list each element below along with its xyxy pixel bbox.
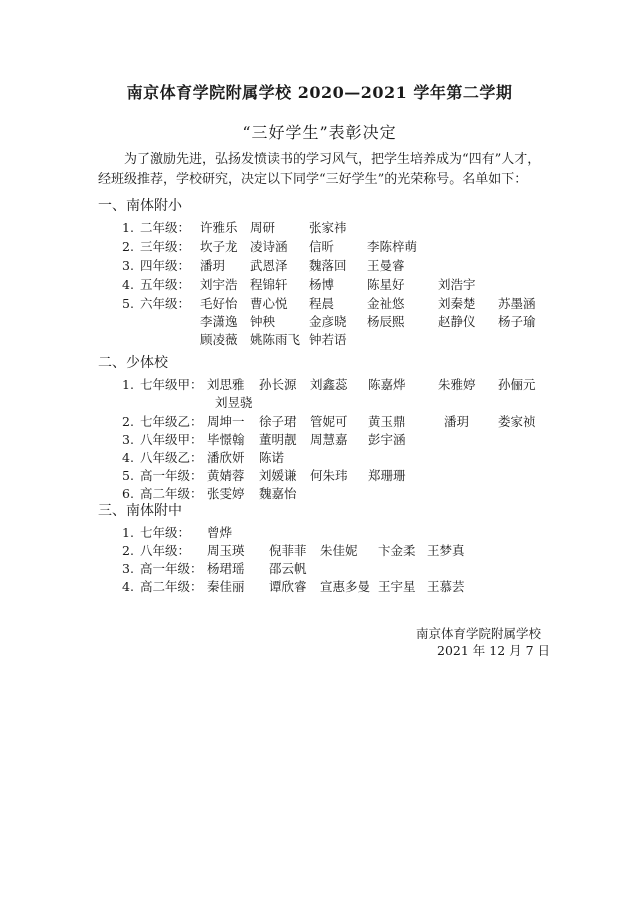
student-name: 姚陈雨飞 [250, 331, 300, 348]
student-name: 毕憬翰 [207, 431, 245, 448]
grade-label: 二年级： [140, 219, 190, 236]
grade-label: 三年级： [140, 238, 190, 255]
row-number: 2. [122, 413, 134, 430]
row-number: 1. [122, 524, 134, 541]
grade-label: 八年级甲： [140, 431, 203, 448]
student-name: 郑珊珊 [368, 467, 406, 484]
student-name: 朱雅婷 [438, 376, 476, 393]
intro-paragraph: 为了激励先进，弘扬发愤读书的学习风气，把学生培养成为“四有”人才， 经班级推荐，… [98, 150, 558, 190]
document-title: 南京体育学院附属学校 2020—2021 学年第二学期 [0, 80, 639, 103]
student-name: 周研 [250, 219, 275, 236]
student-name: 卞金柔 [378, 542, 416, 559]
row-number: 5. [122, 295, 134, 312]
student-name: 王宇星 [378, 578, 416, 595]
student-name: 信昕 [309, 238, 334, 255]
student-name: 顾凌薇 [200, 331, 238, 348]
intro-line-2: 经班级推荐，学校研究，决定以下同学“三好学生”的光荣称号。名单如下： [98, 170, 558, 190]
grade-label: 高一年级： [140, 560, 203, 577]
row-number: 3. [122, 257, 134, 274]
student-name: 李潇逸 [200, 313, 238, 330]
student-name: 张家祎 [309, 219, 347, 236]
student-name: 刘浩宇 [438, 276, 476, 293]
row-number: 3. [122, 560, 134, 577]
student-name: 周坤一 [207, 413, 245, 430]
student-name: 周玉瑛 [207, 542, 245, 559]
document-page: 南京体育学院附属学校 2020—2021 学年第二学期 “三好学生”表彰决定 为… [0, 0, 639, 905]
student-name: 金彦晓 [309, 313, 347, 330]
student-name: 彭宇涵 [368, 431, 406, 448]
document-subtitle: “三好学生”表彰决定 [0, 120, 639, 143]
student-name: 刘昱骁 [215, 394, 253, 411]
student-name: 杨珺瑶 [207, 560, 245, 577]
intro-line-1: 为了激励先进，弘扬发愤读书的学习风气，把学生培养成为“四有”人才， [98, 150, 558, 170]
student-name: 管妮可 [310, 413, 348, 430]
row-number: 1. [122, 219, 134, 236]
signature-org: 南京体育学院附属学校 [416, 624, 541, 642]
student-name: 何朱玮 [310, 467, 348, 484]
student-name: 陈诺 [259, 449, 284, 466]
student-name: 刘媛谦 [259, 467, 297, 484]
row-number: 2. [122, 542, 134, 559]
student-name: 凌诗涵 [250, 238, 288, 255]
student-name: 曹心悦 [250, 295, 288, 312]
student-name: 董明靓 [259, 431, 297, 448]
student-name: 毛好怡 [200, 295, 238, 312]
row-number: 1. [122, 376, 134, 393]
student-name: 程锦轩 [250, 276, 288, 293]
student-name: 武恩泽 [250, 257, 288, 274]
grade-label: 六年级： [140, 295, 190, 312]
student-name: 魏落回 [309, 257, 347, 274]
grade-label: 高一年级： [140, 467, 203, 484]
grade-label: 八年级： [140, 542, 190, 559]
student-name: 潘玥 [444, 413, 469, 430]
student-name: 赵静仪 [438, 313, 476, 330]
student-name: 王慕芸 [427, 578, 465, 595]
student-name: 钟若语 [309, 331, 347, 348]
student-name: 徐子珺 [259, 413, 297, 430]
row-number: 5. [122, 467, 134, 484]
student-name: 张雯婷 [207, 485, 245, 502]
student-name: 宣惠多曼 [320, 578, 370, 595]
student-name: 周慧嘉 [310, 431, 348, 448]
grade-label: 高二年级： [140, 578, 203, 595]
row-number: 4. [122, 449, 134, 466]
student-name: 杨辰熙 [367, 313, 405, 330]
row-number: 2. [122, 238, 134, 255]
section-heading-3: 三、南体附中 [98, 500, 182, 520]
grade-label: 四年级： [140, 257, 190, 274]
grade-label: 八年级乙： [140, 449, 203, 466]
student-name: 坎子龙 [200, 238, 238, 255]
student-name: 邵云帆 [269, 560, 307, 577]
grade-label: 七年级甲： [140, 376, 203, 393]
student-name: 曾烨 [207, 524, 232, 541]
student-name: 孙长源 [259, 376, 297, 393]
grade-label: 七年级： [140, 524, 190, 541]
student-name: 程晨 [309, 295, 334, 312]
student-name: 王梦真 [427, 542, 465, 559]
student-name: 魏嘉怡 [259, 485, 297, 502]
student-name: 刘宇浩 [200, 276, 238, 293]
row-number: 4. [122, 276, 134, 293]
student-name: 陈星好 [367, 276, 405, 293]
student-name: 陈嘉烨 [368, 376, 406, 393]
student-name: 黄玉鼎 [368, 413, 406, 430]
student-name: 许雅乐 [200, 219, 238, 236]
student-name: 朱佳妮 [320, 542, 358, 559]
row-number: 4. [122, 578, 134, 595]
student-name: 谭欣睿 [269, 578, 307, 595]
student-name: 潘欣妍 [207, 449, 245, 466]
section-heading-2: 二、少体校 [98, 352, 168, 372]
signature-date: 2021 年 12 月 7 日 [437, 641, 550, 659]
student-name: 杨博 [309, 276, 334, 293]
student-name: 刘鑫蕊 [310, 376, 348, 393]
student-name: 潘玥 [200, 257, 225, 274]
student-name: 李陈梓萌 [367, 238, 417, 255]
student-name: 黄婧蓉 [207, 467, 245, 484]
section-heading-1: 一、南体附小 [98, 195, 182, 215]
student-name: 孙俪元 [498, 376, 536, 393]
grade-label: 五年级： [140, 276, 190, 293]
student-name: 王曼睿 [367, 257, 405, 274]
row-number: 3. [122, 431, 134, 448]
student-name: 苏墨涵 [498, 295, 536, 312]
student-name: 金祉悠 [367, 295, 405, 312]
student-name: 娄家祯 [498, 413, 536, 430]
grade-label: 七年级乙： [140, 413, 203, 430]
student-name: 刘秦楚 [438, 295, 476, 312]
student-name: 刘思雅 [207, 376, 245, 393]
student-name: 秦佳丽 [207, 578, 245, 595]
student-name: 杨子瑜 [498, 313, 536, 330]
student-name: 钟秧 [250, 313, 275, 330]
student-name: 倪菲菲 [269, 542, 307, 559]
